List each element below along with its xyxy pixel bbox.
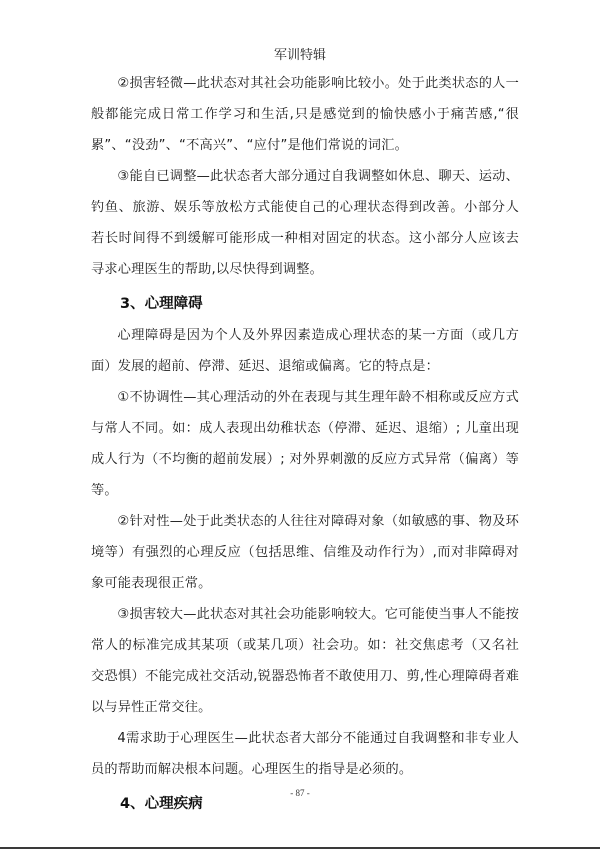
page-number: - 87 - [0, 788, 600, 798]
paragraph-specificity: ②针对性—处于此类状态的人往往对障碍对象（如敏感的事、物及环境等）有强烈的心理反… [91, 506, 519, 599]
page-header-title: 军训特辑 [0, 44, 600, 63]
document-page: 军训特辑 ②损害轻微—此状态对其社会功能影响比较小。处于此类状态的人一般都能完成… [0, 0, 600, 849]
paragraph-disorder-definition: 心理障碍是因为个人及外界因素造成心理状态的某一方面（或几方面）发展的超前、停滞、… [91, 320, 519, 382]
paragraph-self-adjust: ③能自已调整—此状态者大部分通过自我调整如休息、聊天、运动、钓鱼、旅游、娱乐等放… [91, 161, 519, 285]
paragraph-minor-damage: ②损害轻微—此状态对其社会功能影响比较小。处于此类状态的人一般都能完成日常工作学… [91, 68, 519, 161]
page-content: ②损害轻微—此状态对其社会功能影响比较小。处于此类状态的人一般都能完成日常工作学… [91, 68, 519, 820]
paragraph-seek-doctor: 4需求助于心理医生—此状态者大部分不能通过自我调整和非专业人员的帮助而解决根本问… [91, 723, 519, 785]
paragraph-major-damage: ③损害较大—此状态对其社会功能影响较大。它可能使当事人不能按常人的标准完成其某项… [91, 599, 519, 723]
section-heading-psych-disorder: 3、心理障碍 [91, 289, 519, 320]
paragraph-incoordination: ①不协调性—其心理活动的外在表现与其生理年龄不相称或反应方式与常人不同。如：成人… [91, 382, 519, 506]
